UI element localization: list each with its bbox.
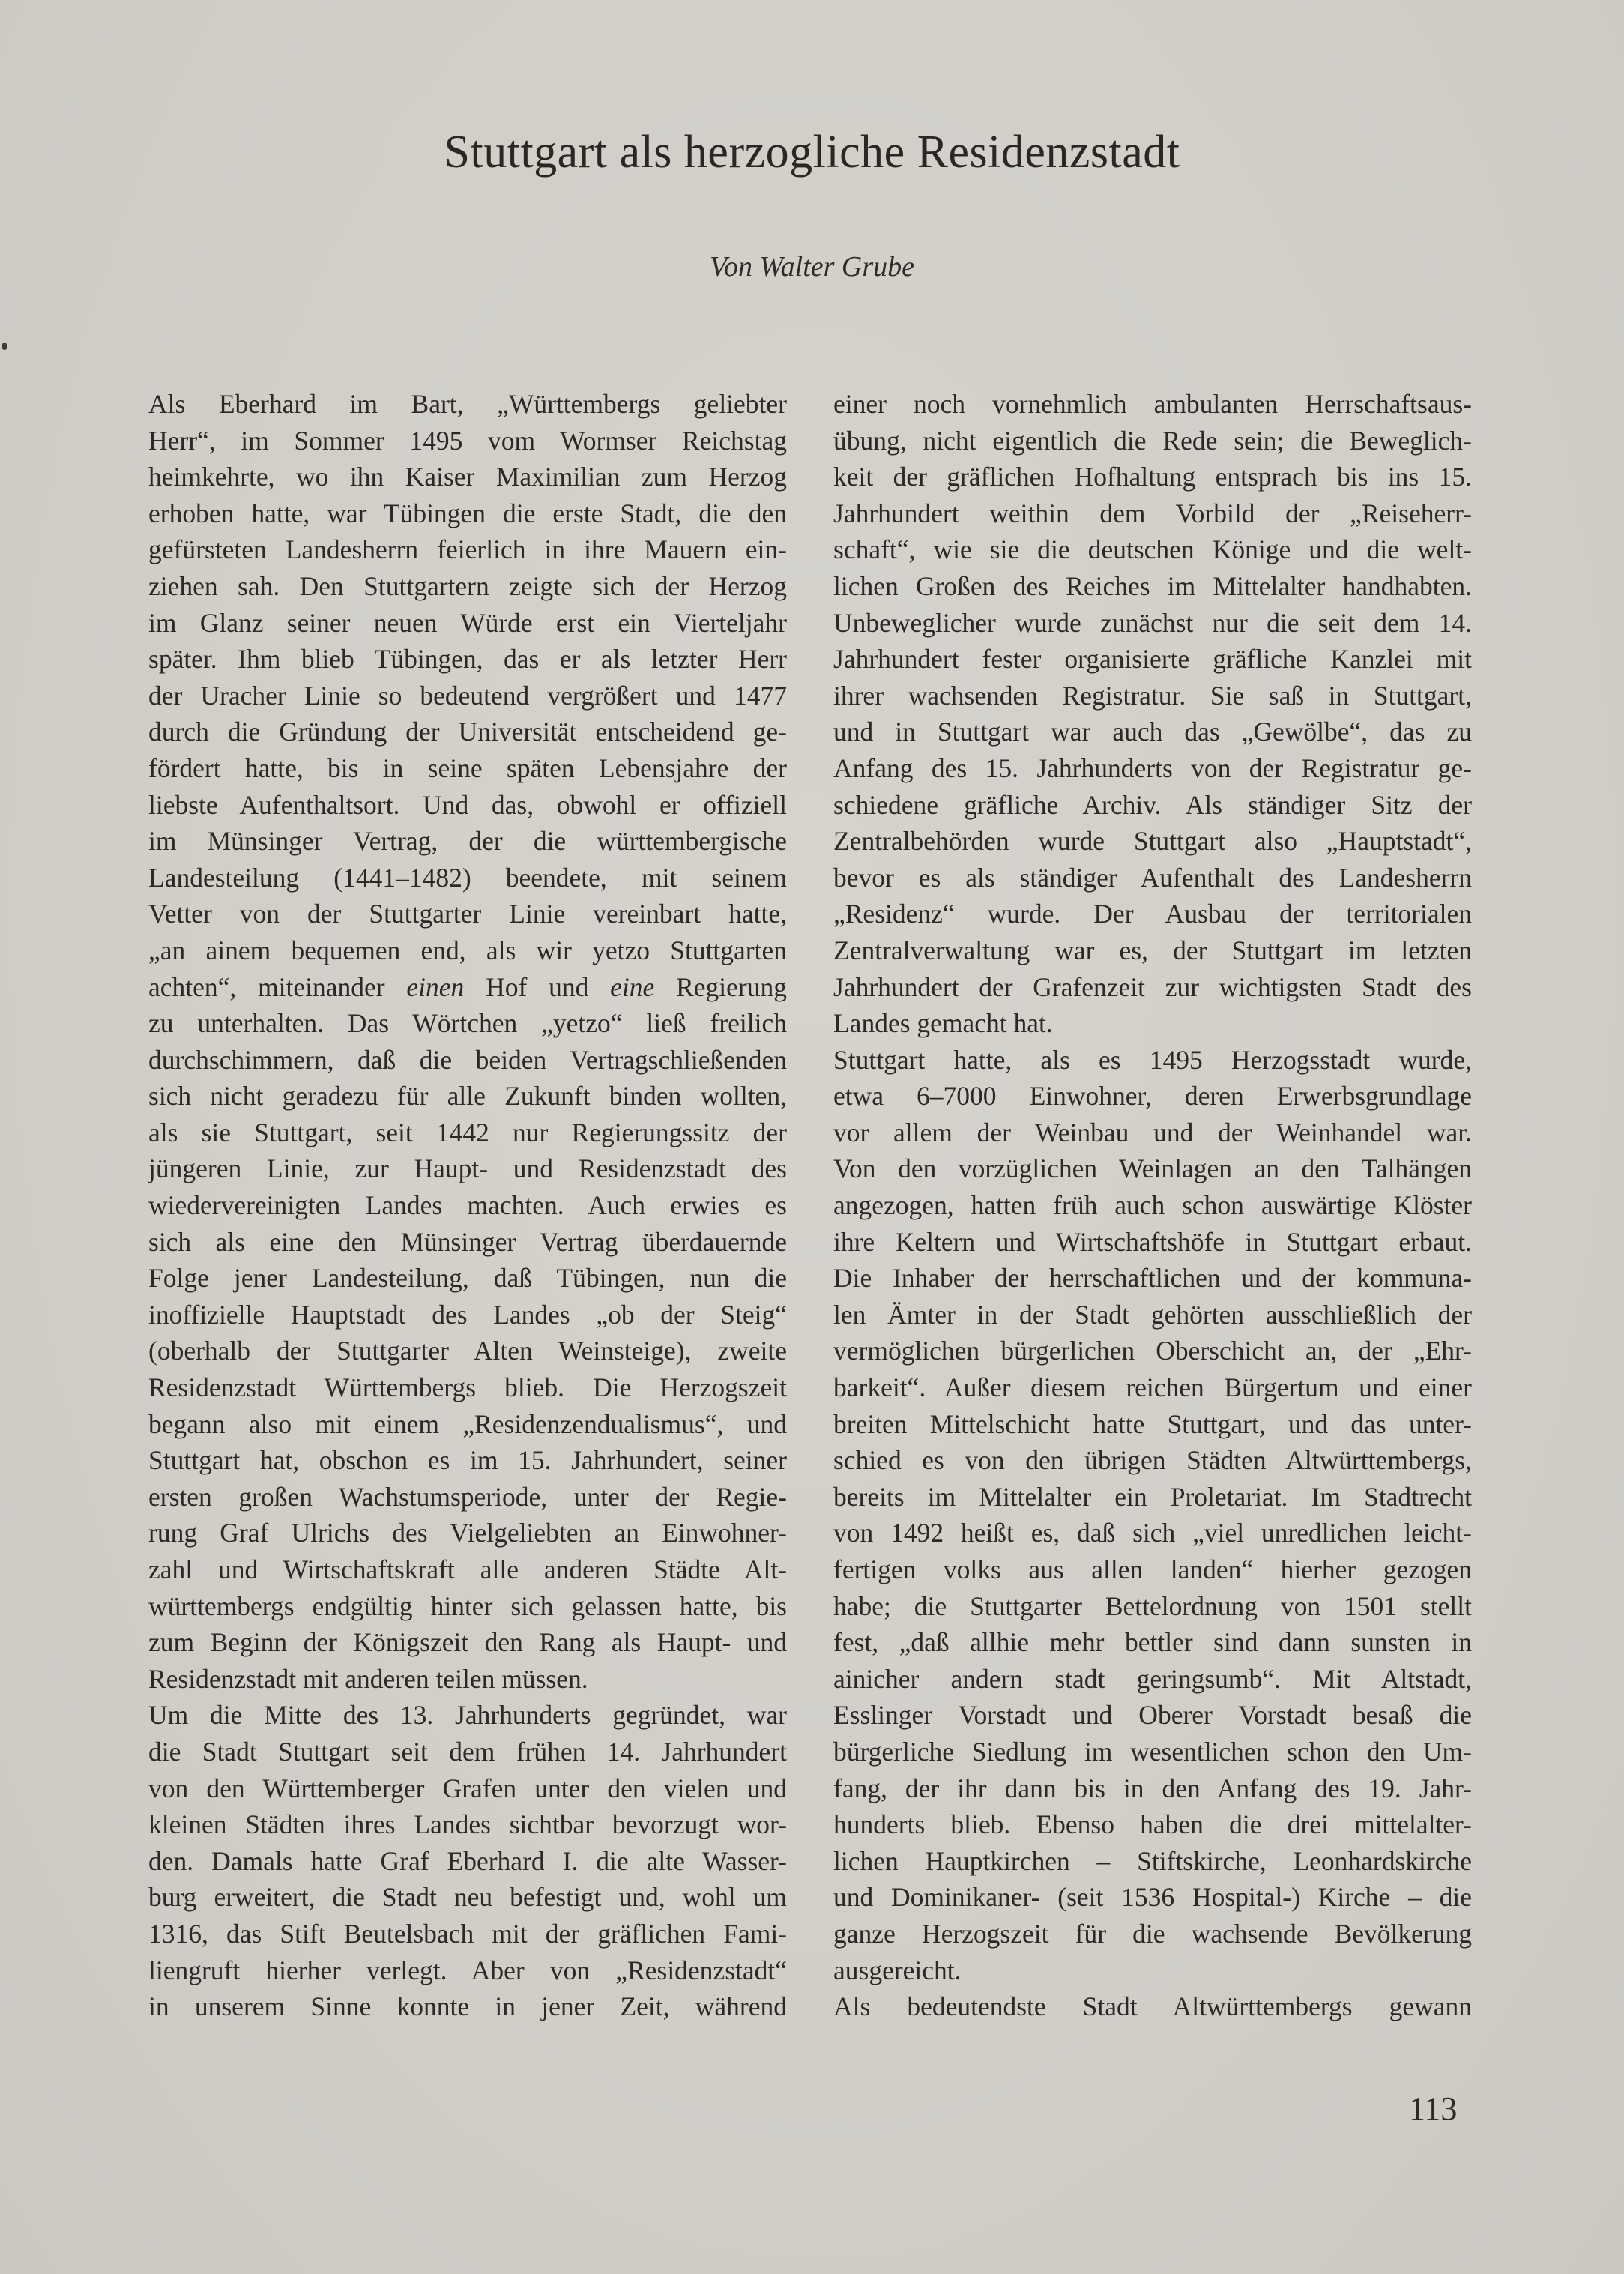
text-line: und Dominikaner- (seit 1536 Hospital-) K…	[833, 1879, 1472, 1916]
scan-speck	[2, 343, 7, 350]
document-page: Stuttgart als herzogliche Residenzstadt …	[0, 0, 1624, 2274]
text-line: gefürsteten Landesherrn feierlich in ihr…	[148, 531, 787, 568]
text-line: kleinen Städten ihres Landes sichtbar be…	[148, 1806, 787, 1843]
text-line: heimkehrte, wo ihn Kaiser Maximilian zum…	[148, 459, 787, 495]
text-line: Die Inhaber der herrschaftlichen und der…	[833, 1260, 1472, 1297]
text-line: Zentralverwaltung war es, der Stuttgart …	[833, 932, 1472, 969]
text-line: ihrer wachsenden Registratur. Sie saß in…	[833, 678, 1472, 714]
text-line: Als Eberhard im Bart, „Württembergs geli…	[148, 386, 787, 423]
text-line: Landesteilung (1441–1482) beendete, mit …	[148, 860, 787, 896]
page-number: 113	[1409, 2090, 1457, 2128]
text-line: Unbeweglicher wurde zunächst nur die sei…	[833, 605, 1472, 642]
text-line: Jahrhundert fester organisierte gräflich…	[833, 641, 1472, 678]
text-line: ziehen sah. Den Stuttgartern zeigte sich…	[148, 568, 787, 605]
text-line: lichen Großen des Reiches im Mittelalter…	[833, 568, 1472, 605]
text-line: erhoben hatte, war Tübingen die erste St…	[148, 495, 787, 532]
text-line: Folge jener Landesteilung, daß Tübingen,…	[148, 1260, 787, 1297]
text-line: einer noch vornehmlich ambulanten Herrsc…	[833, 386, 1472, 423]
text-line: etwa 6–7000 Einwohner, deren Erwerbsgrun…	[833, 1078, 1472, 1115]
text-line: durch die Gründung der Universität entsc…	[148, 714, 787, 750]
text-line: Esslinger Vorstadt und Oberer Vorstadt b…	[833, 1697, 1472, 1734]
text-line: von 1492 heißt es, daß sich „viel unredl…	[833, 1515, 1472, 1551]
text-line: Um die Mitte des 13. Jahrhunderts gegrün…	[148, 1697, 787, 1734]
text-line: Residenzstadt Württembergs blieb. Die He…	[148, 1369, 787, 1406]
text-line: achten“, miteinander einen Hof und eine …	[148, 969, 787, 1006]
text-line: „Residenz“ wurde. Der Ausbau der territo…	[833, 896, 1472, 932]
text-line: Zentralbehörden wurde Stuttgart also „Ha…	[833, 823, 1472, 860]
text-line: im Glanz seiner neuen Würde erst ein Vie…	[148, 605, 787, 642]
text-line: zu unterhalten. Das Wörtchen „yetzo“ lie…	[148, 1005, 787, 1042]
text-line: Stuttgart hatte, als es 1495 Herzogsstad…	[833, 1042, 1472, 1079]
text-line: (oberhalb der Stuttgarter Alten Weinstei…	[148, 1333, 787, 1369]
text-line: zum Beginn der Königszeit den Rang als H…	[148, 1624, 787, 1661]
text-line: fang, der ihr dann bis in den Anfang des…	[833, 1770, 1472, 1807]
text-line: Als bedeutendste Stadt Altwürttembergs g…	[833, 1988, 1472, 2025]
text-column-right: einer noch vornehmlich ambulanten Herrsc…	[833, 386, 1472, 2025]
text-segment: Regierung	[654, 972, 787, 1002]
text-line: württembergs endgültig hinter sich gelas…	[148, 1588, 787, 1625]
text-segment: Hof und	[464, 972, 610, 1002]
text-column-left: Als Eberhard im Bart, „Württembergs geli…	[148, 386, 787, 2025]
text-line: Residenzstadt mit anderen teilen müssen.	[148, 1661, 787, 1698]
article-author: Von Walter Grube	[0, 250, 1624, 283]
text-line: ersten großen Wachstumsperiode, unter de…	[148, 1479, 787, 1516]
text-line: als sie Stuttgart, seit 1442 nur Regieru…	[148, 1115, 787, 1151]
text-line: liengruft hierher verlegt. Aber von „Res…	[148, 1952, 787, 1989]
text-line: lichen Hauptkirchen – Stiftskirche, Leon…	[833, 1843, 1472, 1880]
text-line: übung, nicht eigentlich die Rede sein; d…	[833, 423, 1472, 459]
text-line: ainicher andern stadt geringsumb“. Mit A…	[833, 1661, 1472, 1698]
text-line: schied es von den übrigen Städten Altwür…	[833, 1442, 1472, 1479]
text-line: Vetter von der Stuttgarter Linie vereinb…	[148, 896, 787, 932]
text-line: hunderts blieb. Ebenso haben die drei mi…	[833, 1806, 1472, 1843]
text-line: len Ämter in der Stadt gehörten ausschli…	[833, 1297, 1472, 1333]
text-line: vor allem der Weinbau und der Weinhandel…	[833, 1115, 1472, 1151]
emphasis-text: eine	[610, 972, 654, 1002]
text-line: breiten Mittelschicht hatte Stuttgart, u…	[833, 1406, 1472, 1443]
text-line: bereits im Mittelalter ein Proletariat. …	[833, 1479, 1472, 1516]
text-line: jüngeren Linie, zur Haupt- und Residenzs…	[148, 1150, 787, 1187]
text-line: bürgerliche Siedlung im wesentlichen sch…	[833, 1734, 1472, 1770]
text-line: Herr“, im Sommer 1495 vom Wormser Reichs…	[148, 423, 787, 459]
text-line: ausgereicht.	[833, 1952, 1472, 1989]
text-line: der Uracher Linie so bedeutend vergrößer…	[148, 678, 787, 714]
text-line: fest, „daß allhie mehr bettler sind dann…	[833, 1624, 1472, 1661]
text-line: fördert hatte, bis in seine späten Leben…	[148, 750, 787, 787]
article-title: Stuttgart als herzogliche Residenzstadt	[0, 126, 1624, 179]
text-line: zahl und Wirtschaftskraft alle anderen S…	[148, 1551, 787, 1588]
text-line: burg erweitert, die Stadt neu befestigt …	[148, 1879, 787, 1916]
text-line: Von den vorzüglichen Weinlagen an den Ta…	[833, 1150, 1472, 1187]
text-line: habe; die Stuttgarter Bettelordnung von …	[833, 1588, 1472, 1625]
text-line: ganze Herzogszeit für die wachsende Bevö…	[833, 1916, 1472, 1952]
text-line: wiedervereinigten Landes machten. Auch e…	[148, 1187, 787, 1224]
text-line: von den Württemberger Grafen unter den v…	[148, 1770, 787, 1807]
text-line: vermöglichen bürgerlichen Oberschicht an…	[833, 1333, 1472, 1369]
text-line: Landes gemacht hat.	[833, 1005, 1472, 1042]
text-line: Anfang des 15. Jahrhunderts von der Regi…	[833, 750, 1472, 787]
text-line: ihre Keltern und Wirtschaftshöfe in Stut…	[833, 1224, 1472, 1261]
text-line: „an ainem bequemen end, als wir yetzo St…	[148, 932, 787, 969]
text-line: bevor es als ständiger Aufenthalt des La…	[833, 860, 1472, 896]
text-line: die Stadt Stuttgart seit dem frühen 14. …	[148, 1734, 787, 1770]
text-line: begann also mit einem „Residenzendualism…	[148, 1406, 787, 1443]
text-line: fertigen volks aus allen landen“ hierher…	[833, 1551, 1472, 1588]
text-line: barkeit“. Außer diesem reichen Bürgertum…	[833, 1369, 1472, 1406]
text-line: Jahrhundert der Grafenzeit zur wichtigst…	[833, 969, 1472, 1006]
text-line: Stuttgart hat, obschon es im 15. Jahrhun…	[148, 1442, 787, 1479]
text-line: sich nicht geradezu für alle Zukunft bin…	[148, 1078, 787, 1115]
text-line: rung Graf Ulrichs des Vielgeliebten an E…	[148, 1515, 787, 1551]
text-line: keit der gräflichen Hofhaltung entsprach…	[833, 459, 1472, 495]
text-line: inoffizielle Hauptstadt des Landes „ob d…	[148, 1297, 787, 1333]
text-line: später. Ihm blieb Tübingen, das er als l…	[148, 641, 787, 678]
text-line: im Münsinger Vertrag, der die württember…	[148, 823, 787, 860]
text-line: liebste Aufenthaltsort. Und das, obwohl …	[148, 787, 787, 824]
text-line: in unserem Sinne konnte in jener Zeit, w…	[148, 1988, 787, 2025]
text-line: 1316, das Stift Beutelsbach mit der gräf…	[148, 1916, 787, 1952]
text-line: schiedene gräfliche Archiv. Als ständige…	[833, 787, 1472, 824]
text-line: schaft“, wie sie die deutschen Könige un…	[833, 531, 1472, 568]
text-line: und in Stuttgart war auch das „Gewölbe“,…	[833, 714, 1472, 750]
text-line: sich als eine den Münsinger Vertrag über…	[148, 1224, 787, 1261]
text-segment: achten“, miteinander	[148, 972, 406, 1002]
text-line: den. Damals hatte Graf Eberhard I. die a…	[148, 1843, 787, 1880]
text-line: Jahrhundert weithin dem Vorbild der „Rei…	[833, 495, 1472, 532]
text-line: durchschimmern, daß die beiden Vertragsc…	[148, 1042, 787, 1079]
text-line: angezogen, hatten früh auch schon auswär…	[833, 1187, 1472, 1224]
emphasis-text: einen	[406, 972, 464, 1002]
